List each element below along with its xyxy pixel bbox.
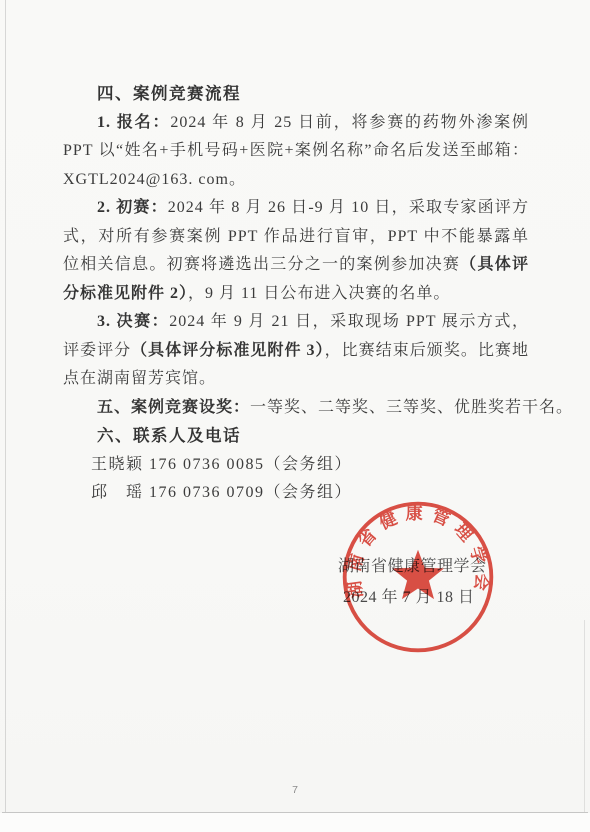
scan-background-strip — [0, 813, 590, 832]
paragraph-preliminary-round: 2. 初赛：2024 年 8 月 26 日-9 月 10 日，采取专家函评方式，… — [63, 194, 529, 308]
paragraph-registration: 1. 报名：2024 年 8 月 25 日前，将参赛的药物外渗案例 PPT 以“… — [63, 109, 529, 195]
registration-label: 1. 报名： — [97, 114, 170, 131]
signature-date: 2024 年 7 月 18 日 — [338, 582, 487, 613]
signature-org: 湖南省健康管理学会 — [338, 551, 487, 582]
page-number: 7 — [282, 784, 308, 796]
section-awards-line: 五、案例竞赛设奖：一等奖、二等奖、三等奖、优胜奖若干名。 — [63, 394, 529, 423]
awards-text: 一等奖、二等奖、三等奖、优胜奖若干名。 — [250, 399, 573, 416]
preliminary-label: 2. 初赛： — [97, 199, 168, 216]
preliminary-text-2: ，9 月 11 日公布进入决赛的名单。 — [188, 285, 450, 302]
scanned-page: 四、案例竞赛流程 1. 报名：2024 年 8 月 25 日前，将参赛的药物外渗… — [0, 0, 590, 832]
section-heading-contacts: 六、联系人及电话 — [63, 422, 529, 451]
contact-line-wang: 王晓颖 176 0736 0085（会务组） — [63, 451, 529, 480]
awards-label: 五、案例竞赛设奖： — [97, 399, 250, 416]
signature-block: 湖南省健康管理学会 2024 年 7 月 18 日 — [338, 551, 487, 613]
paper-edge-left — [5, 0, 6, 812]
paper-edge-right — [584, 620, 585, 812]
paragraph-final-round: 3. 决赛：2024 年 9 月 21 日，采取现场 PPT 展示方式，评委评分… — [63, 308, 529, 394]
document-body: 四、案例竞赛流程 1. 报名：2024 年 8 月 25 日前，将参赛的药物外渗… — [63, 80, 529, 508]
contact-line-qiu: 邱 瑶 176 0736 0709（会务组） — [63, 479, 529, 508]
final-label: 3. 决赛： — [97, 313, 169, 330]
final-scoring-note: （具体评分标准见附件 3） — [131, 342, 324, 359]
section-heading-competition-process: 四、案例竞赛流程 — [63, 80, 529, 109]
